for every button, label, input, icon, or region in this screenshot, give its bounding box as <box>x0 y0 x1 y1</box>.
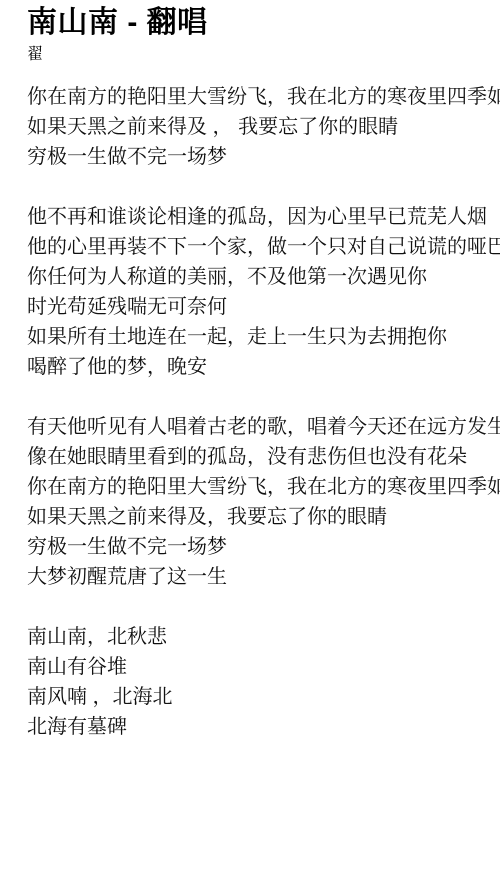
artist-name: 翟 <box>27 44 500 66</box>
lyric-line: 南山有谷堆 <box>27 652 500 682</box>
lyrics-stanza: 他不再和谁谈论相逢的孤岛，因为心里早已荒芜人烟他的心里再装不下一个家，做一个只对… <box>27 202 500 382</box>
lyric-line: 你任何为人称道的美丽，不及他第一次遇见你 <box>27 262 500 292</box>
lyrics-page: 南山南 - 翻唱 翟 你在南方的艳阳里大雪纷飞，我在北方的寒夜里四季如春如果天黑… <box>0 0 500 742</box>
lyric-line: 像在她眼睛里看到的孤岛，没有悲伤但也没有花朵 <box>27 442 500 472</box>
lyric-line: 北海有墓碑 <box>27 712 500 742</box>
lyric-line: 南山南，北秋悲 <box>27 622 500 652</box>
lyric-line: 他不再和谁谈论相逢的孤岛，因为心里早已荒芜人烟 <box>27 202 500 232</box>
lyric-line: 喝醉了他的梦，晚安 <box>27 352 500 382</box>
lyric-line: 他的心里再装不下一个家，做一个只对自己说谎的哑巴 <box>27 232 500 262</box>
lyric-line: 穷极一生做不完一场梦 <box>27 532 500 562</box>
lyric-line: 如果所有土地连在一起，走上一生只为去拥抱你 <box>27 322 500 352</box>
lyric-line: 你在南方的艳阳里大雪纷飞，我在北方的寒夜里四季如春 <box>27 472 500 502</box>
page-title: 南山南 - 翻唱 <box>27 6 500 40</box>
lyric-line: 有天他听见有人唱着古老的歌，唱着今天还在远方发生的事 <box>27 412 500 442</box>
lyrics-stanza: 南山南，北秋悲南山有谷堆南风喃 ，北海北北海有墓碑 <box>27 622 500 742</box>
lyrics-stanza: 你在南方的艳阳里大雪纷飞，我在北方的寒夜里四季如春如果天黑之前来得及 ， 我要忘… <box>27 82 500 172</box>
lyric-line: 如果天黑之前来得及，我要忘了你的眼睛 <box>27 502 500 532</box>
lyric-line: 你在南方的艳阳里大雪纷飞，我在北方的寒夜里四季如春 <box>27 82 500 112</box>
lyric-line: 如果天黑之前来得及 ， 我要忘了你的眼睛 <box>27 112 500 142</box>
lyrics-stanza: 有天他听见有人唱着古老的歌，唱着今天还在远方发生的事像在她眼睛里看到的孤岛，没有… <box>27 412 500 592</box>
lyrics-body: 你在南方的艳阳里大雪纷飞，我在北方的寒夜里四季如春如果天黑之前来得及 ， 我要忘… <box>27 82 500 742</box>
lyric-line: 穷极一生做不完一场梦 <box>27 142 500 172</box>
lyric-line: 时光苟延残喘无可奈何 <box>27 292 500 322</box>
lyric-line: 大梦初醒荒唐了这一生 <box>27 562 500 592</box>
lyric-line: 南风喃 ，北海北 <box>27 682 500 712</box>
